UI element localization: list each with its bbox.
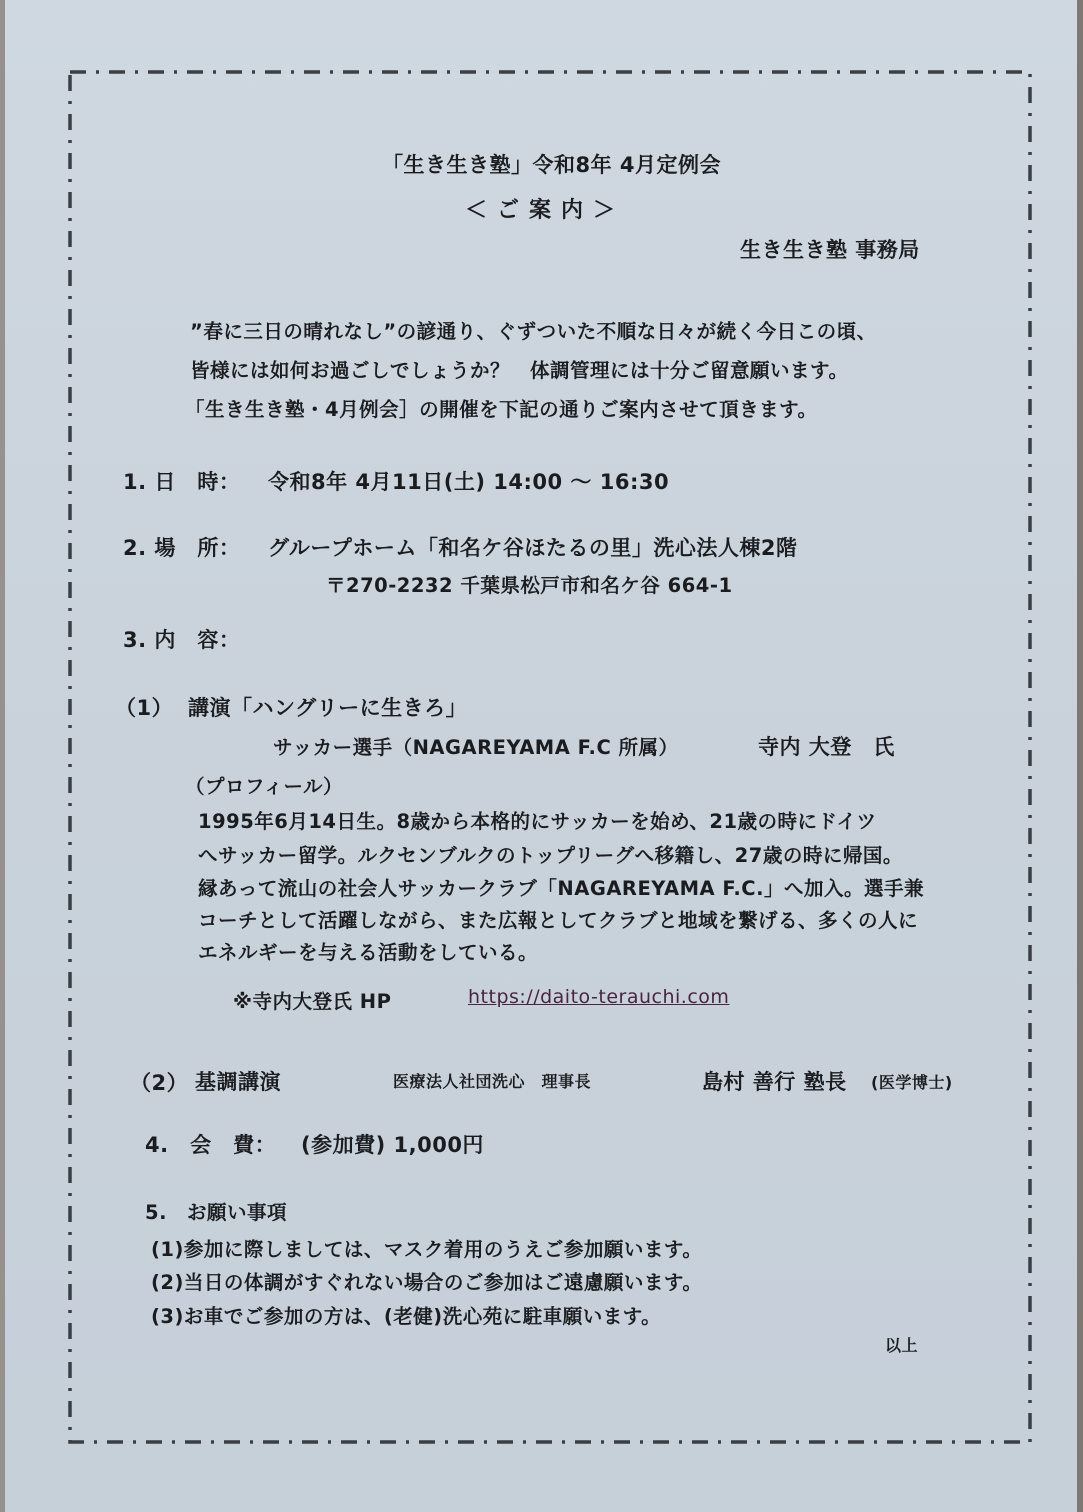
lecture-2-title: 基調講演 [195, 1066, 281, 1096]
closing-mark: 以上 [885, 1333, 918, 1356]
datetime-value: 令和8年 4月11日(土) 14:00 ～ 16:30 [268, 466, 669, 496]
paper-sheet: 「生き生き塾」令和8年 4月定例会 ＜ご案内＞ 生き生き塾 事務局 ”春に三日の… [5, 0, 1077, 1512]
intro-line: 「生き生き塾・4月例会］の開催を下記の通りご案内させて頂きます。 [185, 394, 818, 422]
homepage-label: ※寺内大登氏 HP [233, 986, 391, 1014]
request-item: (1)参加に際しましては、マスク着用のうえご参加願います。 [151, 1234, 702, 1262]
homepage-link[interactable]: https://daito-terauchi.com [468, 986, 729, 1008]
lecture-2-number: （2） [130, 1067, 188, 1097]
document-title: 「生き生き塾」令和8年 4月定例会 [382, 149, 721, 179]
place-label: 2. 場 所： [123, 532, 240, 562]
request-item: (2)当日の体調がすぐれない場合のご参加はご遠慮願います。 [151, 1267, 702, 1295]
lecture-2-speaker: 島村 善行 塾長 [702, 1066, 847, 1096]
content-label: 3. 内 容： [123, 624, 240, 654]
speaker-affiliation: サッカー選手（NAGAREYAMA F.C 所属） [273, 732, 679, 760]
photo-edge-right [1077, 0, 1083, 1512]
profile-label: （プロフィール） [185, 771, 343, 799]
place-value: グループホーム「和名ケ谷ほたるの里」洗心法人棟2階 [268, 532, 797, 562]
fee-label: 4. 会 費： [145, 1129, 276, 1159]
lecture-2-organization: 医療法人社団洗心 理事長 [393, 1069, 591, 1092]
request-item: (3)お車でご参加の方は、(老健)洗心苑に駐車願います。 [151, 1301, 661, 1329]
profile-line: コーチとして活躍しながら、また広報としてクラブと地域を繋げる、多くの人に [198, 905, 918, 933]
intro-line: ”春に三日の晴れなし”の諺通り、ぐずついた不順な日々が続く今日この頃、 [190, 316, 877, 344]
profile-line: へサッカー留学。ルクセンブルクのトップリーグへ移籍し、27歳の時に帰国。 [198, 840, 903, 868]
datetime-label: 1. 日 時： [123, 466, 240, 496]
lecture-2-speaker-note: (医学博士) [871, 1070, 953, 1093]
fee-value: (参加費) 1,000円 [301, 1129, 484, 1159]
profile-line: エネルギーを与える活動をしている。 [198, 937, 538, 965]
lecture-1-number: （1） [115, 692, 173, 722]
lecture-1-title: 講演「ハングリーに生きろ」 [188, 692, 467, 722]
profile-line: 縁あって流山の社会人サッカークラブ「NAGAREYAMA F.C.」へ加入。選手… [198, 873, 924, 901]
requests-label: 5. お願い事項 [145, 1197, 287, 1225]
place-address: 〒270-2232 千葉県松戸市和名ケ谷 664-1 [326, 570, 733, 598]
document-subtitle: ＜ご案内＞ [465, 193, 625, 224]
profile-line: 1995年6月14日生。8歳から本格的にサッカーを始め、21歳の時にドイツ [198, 806, 877, 834]
speaker-name: 寺内 大登 氏 [758, 731, 895, 761]
issuer: 生き生き塾 事務局 [740, 234, 920, 264]
intro-line: 皆様には如何お過ごしでしょうか？ 体調管理には十分ご留意願います。 [190, 355, 848, 383]
